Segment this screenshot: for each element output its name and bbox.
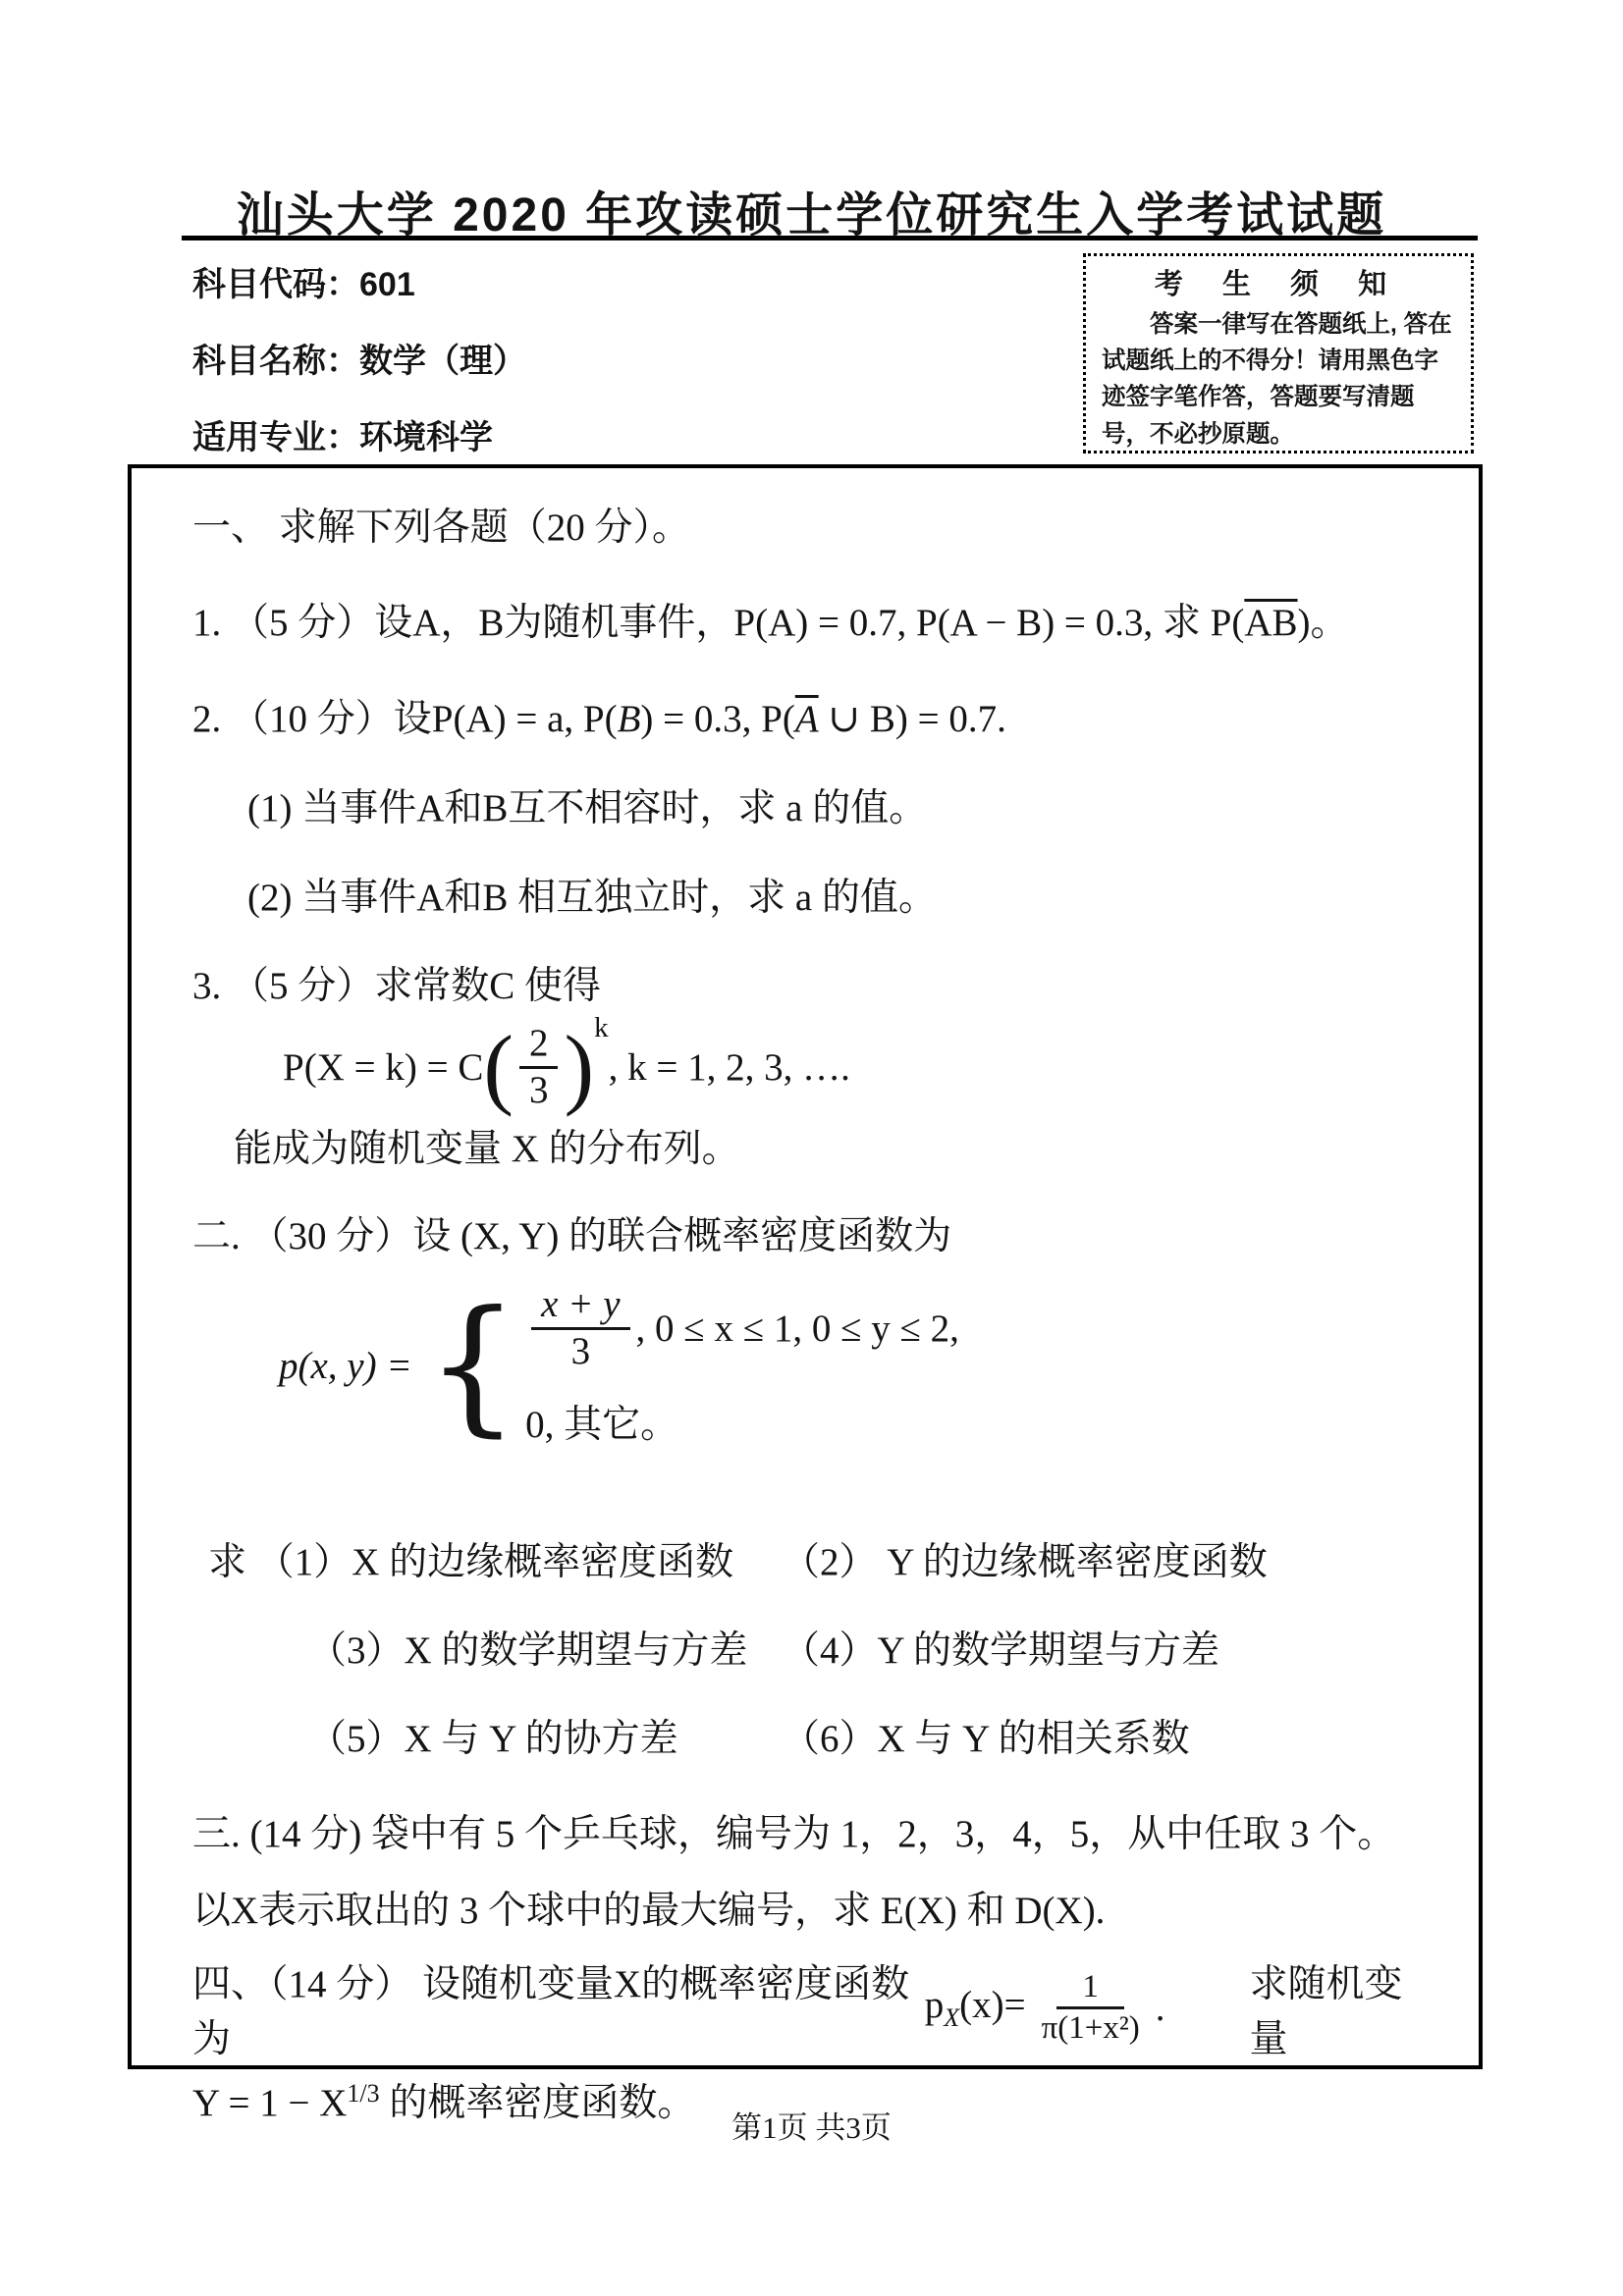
page-title: 汕头大学 2020 年攻读硕士学位研究生入学考试试题 [0, 177, 1623, 244]
subject-name: 科目名称：数学（理） [192, 334, 526, 382]
question-2-part-1: (1) 当事件A和B互不相容时，求 a 的值。 [192, 784, 1432, 834]
question-2-part-2: (2) 当事件A和B 相互独立时，求 a 的值。 [192, 874, 1432, 924]
subject-meta: 科目代码：601 科目名称：数学（理） 适用专业：环境科学 [192, 257, 526, 487]
question-2: 2. （10 分）设P(A) = a, P(B) = 0.3, P(A ∪ B)… [192, 695, 1432, 745]
fraction-two-thirds: 23 [519, 1022, 559, 1113]
request-1: 求 （1）X 的边缘概率密度函数 [192, 1531, 782, 1586]
joint-density-formula: p(x, y) = { x + y3 , 0 ≤ x ≤ 1, 0 ≤ y ≤ … [192, 1283, 1432, 1449]
question-3-tail: 能成为随机变量 X 的分布列。 [192, 1125, 1432, 1175]
exponent-k: k [594, 1012, 609, 1044]
q3-formula-lhs: P(X = k) = C [283, 1045, 483, 1090]
question-3-formula: P(X = k) = C ( 23 ) k , k = 1, 2, 3, …. [192, 1022, 1432, 1113]
after-fraction-period: . [1156, 1986, 1165, 2030]
request-2: （2） Y 的边缘概率密度函数 [782, 1531, 1268, 1586]
request-row-1: 求 （1）X 的边缘概率密度函数 （2） Y 的边缘概率密度函数 [192, 1531, 1432, 1586]
subject-major: 适用专业：环境科学 [192, 410, 526, 458]
pxy-lhs: p(x, y) = [279, 1344, 412, 1388]
case-2: 0, 其它。 [525, 1394, 959, 1449]
section2-heading: 二. （30 分）设 (X, Y) 的联合概率密度函数为 [192, 1212, 1432, 1262]
overline-AB: AB [1244, 602, 1297, 644]
question-1-text: 1. （5 分）设A，B为随机事件，P(A) = 0.7, P(A − B) =… [192, 602, 1244, 644]
question-section-3: 三. (14 分) 袋中有 5 个乒乓球，编号为 1，2，3，4，5，从中任取 … [192, 1796, 1432, 1949]
question-2-text: 2. （10 分）设P(A) = a, P( [192, 698, 618, 740]
cauchy-density-fraction: 1π(1+x²) [1032, 1968, 1150, 2049]
request-6: （6）X 与 Y 的相关系数 [782, 1708, 1190, 1763]
notice-body: 答案一律写在答题纸上, 答在试题纸上的不得分！请用黑色字迹签字笔作答，答题要写清… [1102, 306, 1455, 453]
question-1: 1. （5 分）设A，B为随机事件，P(A) = 0.7, P(A − B) =… [192, 599, 1432, 649]
request-3: （3）X 的数学期望与方差 [192, 1620, 782, 1675]
q3-formula-rhs: , k = 1, 2, 3, …. [609, 1045, 850, 1090]
notice-title: 考 生 须 知 [1102, 262, 1455, 302]
density-symbol: pX(x)= [925, 1983, 1026, 2033]
question-section-4: 四、（14 分） 设随机变量X的概率密度函数为 pX(x)= 1π(1+x²) … [192, 1953, 1432, 2063]
subscript-X: X [944, 2003, 959, 2032]
subject-code: 科目代码：601 [192, 257, 526, 305]
exam-paper-page: 汕头大学 2020 年攻读硕士学位研究生入学考试试题 科目代码：601 科目名称… [0, 0, 1623, 2296]
piecewise-cases: x + y3 , 0 ≤ x ≤ 1, 0 ≤ y ≤ 2, 0, 其它。 [525, 1283, 959, 1449]
left-brace: { [426, 1300, 519, 1432]
section4-tail: 求随机变量 [1249, 1953, 1432, 2063]
request-row-3: （5）X 与 Y 的协方差 （6）X 与 Y 的相关系数 [192, 1708, 1432, 1763]
request-4: （4）Y 的数学期望与方差 [782, 1620, 1219, 1675]
request-row-2: （3）X 的数学期望与方差 （4）Y 的数学期望与方差 [192, 1620, 1432, 1675]
bar-A: A [795, 698, 819, 740]
request-5: （5）X 与 Y 的协方差 [192, 1708, 782, 1763]
left-paren: ( [483, 1027, 514, 1108]
question-area: 一、 求解下列各题（20 分）。 1. （5 分）设A，B为随机事件，P(A) … [128, 464, 1483, 2069]
title-divider [182, 236, 1478, 240]
question-3-intro: 3. （5 分）求常数C 使得 [192, 962, 1432, 1012]
case-1-condition: , 0 ≤ x ≤ 1, 0 ≤ y ≤ 2, [636, 1307, 959, 1351]
section1-heading: 一、 求解下列各题（20 分）。 [192, 504, 1432, 554]
case-1: x + y3 , 0 ≤ x ≤ 1, 0 ≤ y ≤ 2, [525, 1283, 959, 1374]
section4-intro: 四、（14 分） 设随机变量X的概率密度函数为 [192, 1953, 911, 2063]
right-paren: ) [564, 1027, 594, 1108]
fraction-xy-over-3: x + y3 [531, 1283, 629, 1374]
candidate-notice-box: 考 生 须 知 答案一律写在答题纸上, 答在试题纸上的不得分！请用黑色字迹签字笔… [1083, 253, 1474, 454]
italic-B: B [618, 698, 641, 740]
page-footer: 第1页 共3页 [0, 2103, 1623, 2147]
